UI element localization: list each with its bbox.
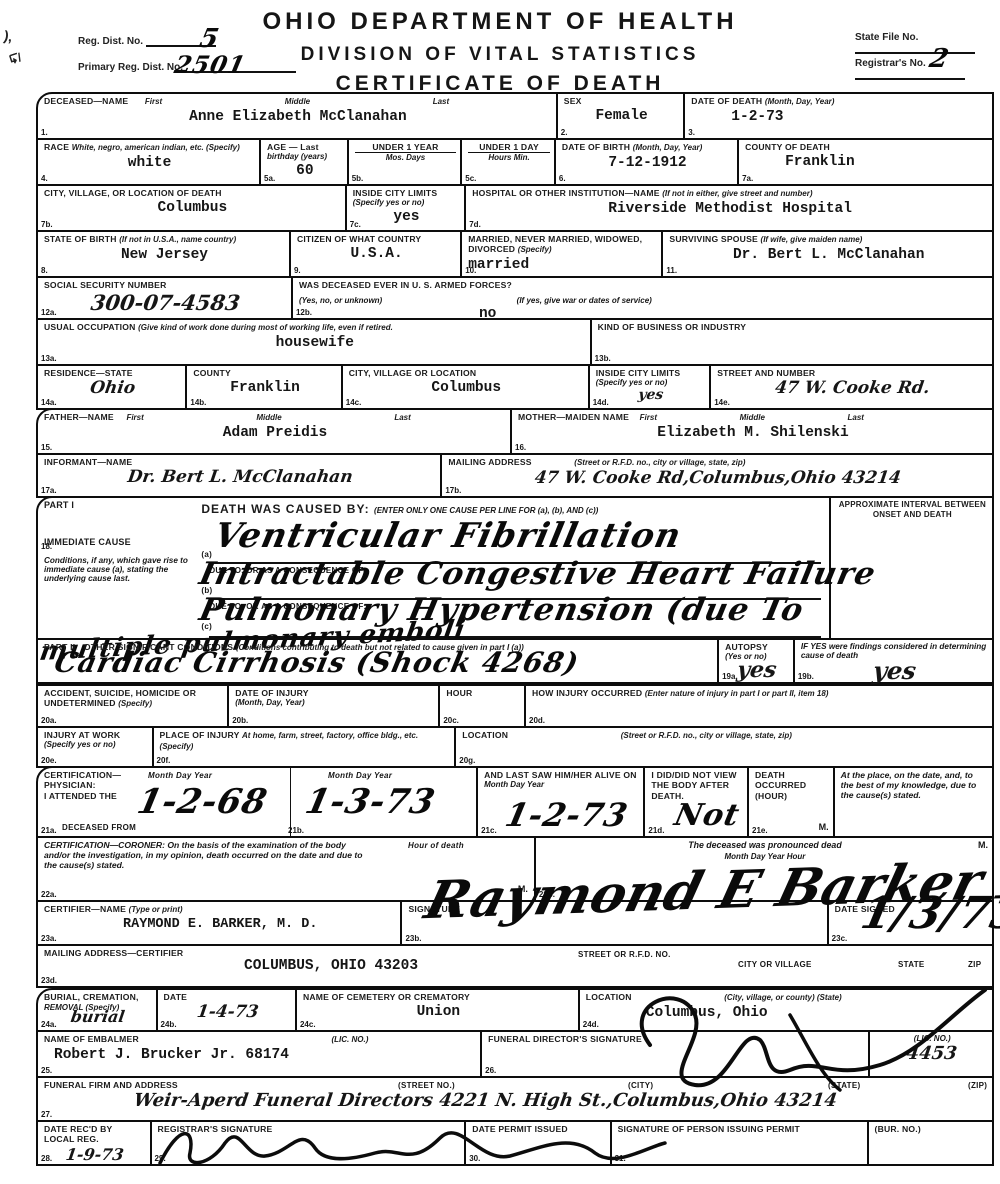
cert-label-1: CERTIFICATION— <box>44 770 121 780</box>
cemetery-loc-value: Columbus, Ohio <box>586 1005 988 1021</box>
director-num: 26. <box>485 1066 496 1075</box>
city-death-label: CITY, VILLAGE, OR LOCATION OF DEATH <box>44 188 341 198</box>
certifier-num-a: 23a. <box>41 934 57 943</box>
informant-mailing-label: MAILING ADDRESS <box>448 457 531 467</box>
res-state-value: Ohio <box>43 378 183 398</box>
field-date-of-death: DATE OF DEATH (Month, Day, Year) 1-2-73 … <box>683 94 992 138</box>
certifier-name-hint: (Type or print) <box>129 905 183 914</box>
mother-middle-hint: Middle <box>740 413 765 422</box>
ssn-label: SOCIAL SECURITY NUMBER <box>44 280 287 290</box>
other-conditions-value: Cardiac Cirrhosis (Shock 4268) <box>51 646 582 679</box>
certifier-addr-zip-label: ZIP <box>968 960 981 969</box>
marital-value: married <box>468 257 657 273</box>
saw-value: 1-2-73 <box>502 796 632 834</box>
race-value: white <box>44 155 255 171</box>
injury-hour-label: HOUR <box>446 688 520 698</box>
funeral-city-label: (CITY) <box>628 1081 653 1090</box>
place-injury-label: PLACE OF INJURY <box>160 730 240 740</box>
state-file-no: State File No. <box>855 32 1000 54</box>
age-label: AGE — Last <box>267 142 343 152</box>
row-parents: FATHER—NAME First Middle Last Adam Preid… <box>36 408 994 455</box>
row-ssn-armed: SOCIAL SECURITY NUMBER 300-07-4583 12a. … <box>36 276 994 320</box>
state-birth-hint: (If not in U.S.A., name country) <box>119 235 236 244</box>
certifier-addr-value: COLUMBUS, OHIO 43203 <box>44 958 988 974</box>
field-injury-hour: HOUR 20c. <box>438 686 524 726</box>
funeral-firm-label: FUNERAL FIRM AND ADDRESS <box>44 1080 178 1090</box>
occurred-label: DEATH OCCURRED (HOUR) <box>755 770 829 801</box>
citizen-value: U.S.A. <box>297 246 456 262</box>
field-registrar-signature: REGISTRAR'S SIGNATURE 29. <box>150 1122 465 1164</box>
race-label: RACE <box>44 142 69 152</box>
accident-hint: (Specify) <box>118 699 152 708</box>
autopsy-num: 19a. <box>722 672 738 681</box>
res-city-label: CITY, VILLAGE OR LOCATION <box>349 368 584 378</box>
date-received-label: DATE REC'D BY <box>44 1124 112 1134</box>
field-marital-status: MARRIED, NEVER MARRIED, WIDOWED, DIVORCE… <box>460 232 661 276</box>
at-work-num: 20e. <box>41 756 57 765</box>
mother-label: MOTHER—MAIDEN NAME <box>518 412 629 422</box>
field-race: RACE White, negro, american indian, etc.… <box>38 140 259 184</box>
field-physician-attended: CERTIFICATION— PHYSICIAN: I ATTENDED THE… <box>38 768 476 836</box>
deceased-value: Anne Elizabeth McClanahan <box>44 109 552 125</box>
funeral-state-label: (STATE) <box>828 1081 860 1090</box>
primary-reg-label: Primary Reg. Dist. No. <box>78 62 183 73</box>
dob-label: DATE OF BIRTH <box>562 142 630 152</box>
field-deceased-name: DECEASED—NAME First Middle Last Anne Eli… <box>38 94 556 138</box>
father-last-hint: Last <box>394 413 410 422</box>
funeral-zip-label: (ZIP) <box>968 1081 987 1090</box>
cert-from-cols: Month Day Year <box>148 771 212 780</box>
certifier-addr-num: 23d. <box>41 976 57 985</box>
saw-cols: Month Day Year <box>484 780 639 789</box>
field-autopsy: AUTOPSY (Yes or no) yes 19a. <box>717 640 793 682</box>
how-injury-label: HOW INJURY OCCURRED <box>532 688 642 698</box>
mother-last-hint: Last <box>848 413 864 422</box>
field-embalmer-name: NAME OF EMBALMER (LIC. NO.) Robert J. Br… <box>38 1032 480 1076</box>
field-director-signature: FUNERAL DIRECTOR'S SIGNATURE 26. <box>480 1032 868 1076</box>
permit-sig-label: SIGNATURE OF PERSON ISSUING PERMIT <box>618 1124 863 1134</box>
funeral-firm-value: Weir-Aperd Funeral Directors 4221 N. Hig… <box>43 1090 990 1111</box>
field-sex: SEX Female 2. <box>556 94 684 138</box>
at-work-label: INJURY AT WORK <box>44 730 148 740</box>
father-middle-hint: Middle <box>256 413 281 422</box>
armed-hint2: (If yes, give war or dates of service) <box>517 296 652 305</box>
field-residence-county: COUNTY Franklin 14b. <box>185 366 340 408</box>
field-injury-at-work: INJURY AT WORK (Specify yes or no) 20e. <box>38 728 152 766</box>
death-certificate-scan: OHIO DEPARTMENT OF HEALTH DIVISION OF VI… <box>0 0 1000 1184</box>
field-age: AGE — Last birthday (years) 60 5a. <box>259 140 347 184</box>
coroner-hour-label: Hour of death <box>408 841 464 850</box>
res-inside-value: yes <box>595 387 707 403</box>
field-business: KIND OF BUSINESS OR INDUSTRY 13b. <box>590 320 992 364</box>
cert-num-d: 21d. <box>648 826 664 835</box>
under-day-num: 5c. <box>465 174 476 183</box>
cert-num-a: 21a. <box>41 826 57 835</box>
coroner-num-a: 22a. <box>41 890 57 899</box>
field-occupation: USUAL OCCUPATION (Give kind of work done… <box>38 320 590 364</box>
part1-left-column: PART I IMMEDIATE CAUSE Conditions, if an… <box>38 498 195 638</box>
permit-date-label: DATE PERMIT ISSUED <box>472 1124 605 1134</box>
field-hospital: HOSPITAL OR OTHER INSTITUTION—NAME (If n… <box>464 186 992 230</box>
burial-type-num: 24a. <box>41 1020 57 1029</box>
ssn-num: 12a. <box>41 308 57 317</box>
burial-date-label: DATE <box>164 992 291 1002</box>
county-value: Franklin <box>745 154 988 170</box>
certifier-name-value: RAYMOND E. BARKER, M. D. <box>44 917 396 932</box>
age-hint: birthday (years) <box>267 152 343 161</box>
state-file-label: State File No. <box>855 32 918 43</box>
date-received-num: 28. <box>41 1154 52 1163</box>
field-residence-street: STREET AND NUMBER 47 W. Cooke Rd. 14e. <box>709 366 992 408</box>
row-funeral-firm: FUNERAL FIRM AND ADDRESS (STREET NO.) (C… <box>36 1076 994 1122</box>
field-permit-date: DATE PERMIT ISSUED 30. <box>464 1122 609 1164</box>
res-city-value: Columbus <box>349 380 584 396</box>
date-injury-label: DATE OF INJURY <box>235 688 434 698</box>
field-residence-city: CITY, VILLAGE OR LOCATION Columbus 14c. <box>341 366 588 408</box>
sex-num: 2. <box>561 128 568 137</box>
spouse-value: Dr. Bert L. McClanahan <box>669 247 988 263</box>
date-signed-value: 1/3/73 <box>857 888 1000 939</box>
res-city-num: 14c. <box>346 398 362 407</box>
cause-line-c-value: Pulmonary Hypertension (due To <box>196 592 807 628</box>
business-num: 13b. <box>595 354 611 363</box>
marital-label: MARRIED, NEVER MARRIED, WIDOWED, DIVORCE… <box>468 234 642 254</box>
dod-hint: (Month, Day, Year) <box>765 97 835 106</box>
burial-date-num: 24b. <box>161 1020 177 1029</box>
row-deceased: DECEASED—NAME First Middle Last Anne Eli… <box>36 92 994 140</box>
field-mother-name: MOTHER—MAIDEN NAME First Middle Last Eli… <box>510 410 992 453</box>
field-burial-type: BURIAL, CREMATION, REMOVAL (Specify) bur… <box>38 990 156 1030</box>
immediate-cause-label: IMMEDIATE CAUSE <box>44 537 191 548</box>
permit-sig-num: 31. <box>615 1154 626 1163</box>
cert-note: At the place, on the date, and, to the b… <box>841 770 988 800</box>
date-injury-num: 20b. <box>232 716 248 725</box>
field-armed-forces: WAS DECEASED EVER IN U. S. ARMED FORCES?… <box>291 278 992 318</box>
dod-value: 1-2-73 <box>691 109 988 125</box>
part1-num: 18. <box>41 542 52 551</box>
field-injury-location: LOCATION (Street or R.F.D. no., city or … <box>454 728 992 766</box>
father-num: 15. <box>41 443 52 452</box>
findings-num: 19b. <box>798 672 814 681</box>
cause-header-hint: (ENTER ONLY ONE CAUSE PER LINE FOR (a), … <box>374 506 598 515</box>
cemetery-value: Union <box>303 1004 574 1020</box>
row-registrar: DATE REC'D BY LOCAL REG. 1-9-73 28. REGI… <box>36 1120 994 1166</box>
res-county-value: Franklin <box>193 380 336 396</box>
dod-num: 3. <box>688 128 695 137</box>
cert-attended-label: I ATTENDED THE <box>44 791 117 801</box>
view-label: I DID/DID NOT VIEW THE BODY AFTER DEATH. <box>651 770 743 801</box>
cemetery-num: 24c. <box>300 1020 316 1029</box>
citizen-label: CITIZEN OF WHAT COUNTRY <box>297 234 456 244</box>
bur-no-label: (BUR. NO.) <box>875 1124 989 1134</box>
field-findings-considered: IF YES were findings considered in deter… <box>793 640 992 682</box>
hospital-num: 7d. <box>469 220 481 229</box>
field-cemetery-location: LOCATION (City, village, or county) (Sta… <box>578 990 992 1030</box>
embalmer-label: NAME OF EMBALMER <box>44 1034 139 1044</box>
city-death-num: 7b. <box>41 220 53 229</box>
inside-limits-hint: (Specify yes or no) <box>353 198 461 207</box>
deceased-last-hint: Last <box>433 97 449 106</box>
row-occupation: USUAL OCCUPATION (Give kind of work done… <box>36 318 994 366</box>
at-work-hint: (Specify yes or no) <box>44 740 148 749</box>
dob-num: 6. <box>559 174 566 183</box>
mother-num: 16. <box>515 443 526 452</box>
hospital-value: Riverside Methodist Hospital <box>472 201 988 217</box>
cemetery-loc-num: 24d. <box>583 1020 599 1029</box>
row-accident: ACCIDENT, SUICIDE, HOMICIDE OR UNDETERMI… <box>36 684 994 728</box>
cert-to-value: 1-3-73 <box>302 782 439 822</box>
sex-value: Female <box>564 108 680 124</box>
race-hint: White, negro, american indian, etc. (Spe… <box>72 143 240 152</box>
view-value: Not <box>672 798 744 833</box>
field-state-of-birth: STATE OF BIRTH (If not in U.S.A., name c… <box>38 232 289 276</box>
state-birth-num: 8. <box>41 266 48 275</box>
field-cert-attestation: At the place, on the date, and, to the b… <box>833 768 992 836</box>
field-citizen: CITIZEN OF WHAT COUNTRY U.S.A. 9. <box>289 232 460 276</box>
injury-location-hint: (Street or R.F.D. no., city or village, … <box>621 731 792 740</box>
injury-location-label: LOCATION <box>462 730 508 740</box>
field-date-received: DATE REC'D BY LOCAL REG. 1-9-73 28. <box>38 1122 150 1164</box>
reg-dist-no: Reg. Dist. No. <box>78 36 216 47</box>
field-bur-no: (BUR. NO.) <box>867 1122 993 1164</box>
field-surviving-spouse: SURVIVING SPOUSE (If wife, give maiden n… <box>661 232 992 276</box>
pronounced-label: The deceased was pronounced dead <box>542 840 988 850</box>
armed-label: WAS DECEASED EVER IN U. S. ARMED FORCES? <box>299 280 988 290</box>
findings-value: yes <box>799 656 990 685</box>
date-received-value: 1-9-73 <box>43 1145 147 1164</box>
certifier-addr-label: MAILING ADDRESS—CERTIFIER <box>44 948 183 958</box>
res-street-value: 47 W. Cooke Rd. <box>716 378 990 398</box>
cemetery-label: NAME OF CEMETERY OR CREMATORY <box>303 992 574 1002</box>
state-birth-value: New Jersey <box>44 247 285 263</box>
res-state-label: RESIDENCE—STATE <box>44 368 181 378</box>
permit-date-num: 30. <box>469 1154 480 1163</box>
sex-label: SEX <box>564 96 680 106</box>
registrar-no-label: Registrar's No. <box>855 58 926 69</box>
funeral-street-label: (STREET NO.) <box>398 1081 455 1090</box>
row-burial: BURIAL, CREMATION, REMOVAL (Specify) bur… <box>36 988 994 1032</box>
field-place-of-injury: PLACE OF INJURY At home, farm, street, f… <box>152 728 455 766</box>
res-county-num: 14b. <box>190 398 206 407</box>
spouse-label: SURVIVING SPOUSE <box>669 234 758 244</box>
field-director-lic-no: (LIC. NO.) 4453 <box>868 1032 992 1076</box>
place-injury-num: 20f. <box>157 756 171 765</box>
field-certifier-mailing: MAILING ADDRESS—CERTIFIER STREET OR R.F.… <box>38 946 992 986</box>
injury-hour-num: 20c. <box>443 716 459 725</box>
autopsy-label: AUTOPSY <box>725 642 789 652</box>
state-birth-label: STATE OF BIRTH <box>44 234 117 244</box>
father-label: FATHER—NAME <box>44 412 114 422</box>
pronounced-meridiem: M. <box>978 840 988 850</box>
field-date-of-injury: DATE OF INJURY (Month, Day, Year) 20b. <box>227 686 438 726</box>
cert-label-2: PHYSICIAN: <box>44 780 96 790</box>
cemetery-loc-hint: (City, village, or county) (State) <box>724 993 842 1002</box>
row-place-of-death: CITY, VILLAGE, OR LOCATION OF DEATH Colu… <box>36 184 994 232</box>
res-state-num: 14a. <box>41 398 57 407</box>
armed-hint: (Yes, no, or unknown) <box>299 296 382 305</box>
registrar-sig-num: 29. <box>155 1154 166 1163</box>
res-inside-label: INSIDE CITY LIMITS <box>596 368 706 378</box>
under-day-sub: Hours Min. <box>468 153 550 162</box>
certifier-name-label: CERTIFIER—NAME <box>44 904 126 914</box>
field-informant-name: INFORMANT—NAME Dr. Bert L. McClanahan 17… <box>38 455 440 496</box>
cert-num-c: 21c. <box>481 826 497 835</box>
race-num: 4. <box>41 174 48 183</box>
deceased-label: DECEASED—NAME <box>44 96 128 106</box>
immediate-cause-note: Conditions, if any, which gave rise to i… <box>44 556 191 583</box>
director-lic-label: (LIC. NO.) <box>876 1034 988 1043</box>
dob-value: 7-12-1912 <box>562 155 733 171</box>
row-certifier-address: MAILING ADDRESS—CERTIFIER STREET OR R.F.… <box>36 944 994 988</box>
field-under-one-day: UNDER 1 DAY Hours Min. 5c. <box>460 140 554 184</box>
informant-mailing-num: 17b. <box>445 486 461 495</box>
interval-label: APPROXIMATE INTERVAL BETWEEN ONSET AND D… <box>837 500 988 519</box>
certifier-addr-street-label: STREET OR R.F.D. NO. <box>578 950 671 959</box>
informant-mailing-value: 47 W. Cooke Rd,Columbus,Ohio 43214 <box>447 468 989 488</box>
informant-mailing-hint: (Street or R.F.D. no., city or village, … <box>574 458 745 467</box>
part1-label: PART I <box>44 500 191 511</box>
cemetery-loc-label: LOCATION <box>586 992 632 1002</box>
field-county-of-death: COUNTY OF DEATH Franklin 7a. <box>737 140 992 184</box>
burial-date-value: 1-4-73 <box>162 1002 292 1022</box>
cert-meridiem: M. <box>819 822 829 832</box>
father-first-hint: First <box>126 413 143 422</box>
under-year-sub: Mos. Days <box>355 153 457 162</box>
res-street-num: 14e. <box>714 398 730 407</box>
field-how-injury-occurred: HOW INJURY OCCURRED (Enter nature of inj… <box>524 686 992 726</box>
certifier-addr-city-label: CITY OR VILLAGE <box>738 960 812 969</box>
field-residence-inside-limits: INSIDE CITY LIMITS (Specify yes or no) y… <box>588 366 710 408</box>
row-certification-physician: CERTIFICATION— PHYSICIAN: I ATTENDED THE… <box>36 766 994 838</box>
field-father-name: FATHER—NAME First Middle Last Adam Preid… <box>38 410 510 453</box>
field-cemetery-name: NAME OF CEMETERY OR CREMATORY Union 24c. <box>295 990 578 1030</box>
funeral-firm-num: 27. <box>41 1110 52 1119</box>
county-num: 7a. <box>742 174 753 183</box>
field-date-of-birth: DATE OF BIRTH (Month, Day, Year) 7-12-19… <box>554 140 737 184</box>
field-informant-mailing: MAILING ADDRESS (Street or R.F.D. no., c… <box>440 455 992 496</box>
embalmer-num: 25. <box>41 1066 52 1075</box>
row-birth-citizen: STATE OF BIRTH (If not in U.S.A., name c… <box>36 230 994 278</box>
field-death-occurred-hour: DEATH OCCURRED (HOUR) 21e. M. <box>747 768 833 836</box>
business-label: KIND OF BUSINESS OR INDUSTRY <box>598 322 988 332</box>
county-label: COUNTY OF DEATH <box>745 142 988 152</box>
field-permit-signature: SIGNATURE OF PERSON ISSUING PERMIT 31. <box>610 1122 867 1164</box>
row-informant: INFORMANT—NAME Dr. Bert L. McClanahan 17… <box>36 453 994 498</box>
cause-header: DEATH WAS CAUSED BY: <box>201 502 369 516</box>
row-injury-place: INJURY AT WORK (Specify yes or no) 20e. … <box>36 726 994 768</box>
dod-label: DATE OF DEATH <box>691 96 762 106</box>
field-certifier-name: CERTIFIER—NAME (Type or print) RAYMOND E… <box>38 902 400 944</box>
under-year-label: UNDER 1 YEAR <box>355 142 457 153</box>
ssn-value: 300-07-4583 <box>42 290 288 315</box>
field-funeral-firm: FUNERAL FIRM AND ADDRESS (STREET NO.) (C… <box>38 1078 992 1120</box>
row-race-age: RACE White, negro, american indian, etc.… <box>36 138 994 186</box>
res-county-label: COUNTY <box>193 368 336 378</box>
burial-type-value: burial <box>43 1007 153 1026</box>
cert-to-cols: Month Day Year <box>328 771 392 780</box>
dob-hint: (Month, Day, Year) <box>633 143 703 152</box>
father-value: Adam Preidis <box>44 425 506 441</box>
date-signed-num: 23c. <box>832 934 848 943</box>
row-embalmer: NAME OF EMBALMER (LIC. NO.) Robert J. Br… <box>36 1030 994 1078</box>
primary-reg-value: 2501 <box>172 50 249 79</box>
director-lic-value: 4453 <box>875 1043 989 1064</box>
spouse-hint: (If wife, give maiden name) <box>761 235 863 244</box>
row-residence: RESIDENCE—STATE Ohio 14a. COUNTY Frankli… <box>36 364 994 410</box>
date-received-label2: LOCAL REG. <box>44 1134 99 1144</box>
armed-num: 12b. <box>296 308 312 317</box>
informant-label: INFORMANT—NAME <box>44 457 436 467</box>
reg-dist-label: Reg. Dist. No. <box>78 36 143 47</box>
field-city-of-death: CITY, VILLAGE, OR LOCATION OF DEATH Colu… <box>38 186 345 230</box>
how-injury-hint: (Enter nature of injury in part I or par… <box>645 689 829 698</box>
field-ssn: SOCIAL SECURITY NUMBER 300-07-4583 12a. <box>38 278 291 318</box>
res-street-label: STREET AND NUMBER <box>717 368 988 378</box>
inside-limits-num: 7c. <box>350 220 361 229</box>
accident-num: 20a. <box>41 716 57 725</box>
res-inside-hint: (Specify yes or no) <box>596 378 706 387</box>
occupation-hint: (Give kind of work done during most of w… <box>138 323 393 332</box>
page-title: OHIO DEPARTMENT OF HEALTH <box>0 8 1000 36</box>
age-value: 60 <box>267 163 343 179</box>
field-under-one-year: UNDER 1 YEAR Mos. Days 5b. <box>347 140 461 184</box>
burial-type-label: BURIAL, CREMATION, <box>44 992 139 1002</box>
field-inside-city-limits: INSIDE CITY LIMITS (Specify yes or no) y… <box>345 186 465 230</box>
cert-from-label: DECEASED FROM <box>62 823 136 832</box>
age-num: 5a. <box>264 174 275 183</box>
field-last-saw-alive: AND LAST SAW HIM/HER ALIVE ON Month Day … <box>476 768 643 836</box>
injury-location-num: 20g. <box>459 756 475 765</box>
scan-artifact: ), <box>3 27 14 44</box>
embalmer-value: Robert J. Brucker Jr. 68174 <box>44 1047 476 1063</box>
hospital-label: HOSPITAL OR OTHER INSTITUTION—NAME <box>472 188 659 198</box>
cert-num-e: 21e. <box>752 826 768 835</box>
cert-from-value: 1-2-68 <box>134 782 271 822</box>
field-burial-date: DATE 1-4-73 24b. <box>156 990 295 1030</box>
how-injury-num: 20d. <box>529 716 545 725</box>
under-year-num: 5b. <box>352 174 364 183</box>
certifier-addr-state-label: STATE <box>898 960 925 969</box>
informant-value: Dr. Bert L. McClanahan <box>43 467 438 487</box>
occupation-label: USUAL OCCUPATION <box>44 322 136 332</box>
date-injury-hint: (Month, Day, Year) <box>235 698 434 707</box>
marital-hint: (Specify) <box>518 245 552 254</box>
under-day-label: UNDER 1 DAY <box>468 142 550 153</box>
occupation-value: housewife <box>44 335 586 351</box>
cause-line-a-value: Ventricular Fibrillation <box>211 516 685 556</box>
mother-value: Elizabeth M. Shilenski <box>518 425 988 441</box>
deceased-num: 1. <box>41 128 48 137</box>
spouse-num: 11. <box>666 266 677 275</box>
certifier-num-b: 23b. <box>405 934 421 943</box>
citizen-num: 9. <box>294 266 301 275</box>
cause-line-b-value: Intractable Congestive Heart Failure <box>196 556 879 592</box>
city-death-value: Columbus <box>44 200 341 216</box>
informant-num: 17a. <box>41 486 57 495</box>
field-viewed-body: I DID/DID NOT VIEW THE BODY AFTER DEATH.… <box>643 768 747 836</box>
inside-limits-value: yes <box>353 209 461 225</box>
saw-label: AND LAST SAW HIM/HER ALIVE ON <box>484 770 639 780</box>
coroner-text: CERTIFICATION—CORONER: On the basis of t… <box>44 840 374 870</box>
embalmer-lic-label: (LIC. NO.) <box>331 1035 368 1044</box>
hospital-hint: (If not in either, give street and numbe… <box>662 189 812 198</box>
marital-num: 10. <box>465 266 476 275</box>
field-accident-suicide: ACCIDENT, SUICIDE, HOMICIDE OR UNDETERMI… <box>38 686 227 726</box>
occupation-num: 13a. <box>41 354 57 363</box>
inside-limits-label: INSIDE CITY LIMITS <box>353 188 461 198</box>
registrar-sig-label: REGISTRAR'S SIGNATURE <box>158 1124 461 1134</box>
director-sig-label: FUNERAL DIRECTOR'S SIGNATURE <box>488 1034 864 1044</box>
